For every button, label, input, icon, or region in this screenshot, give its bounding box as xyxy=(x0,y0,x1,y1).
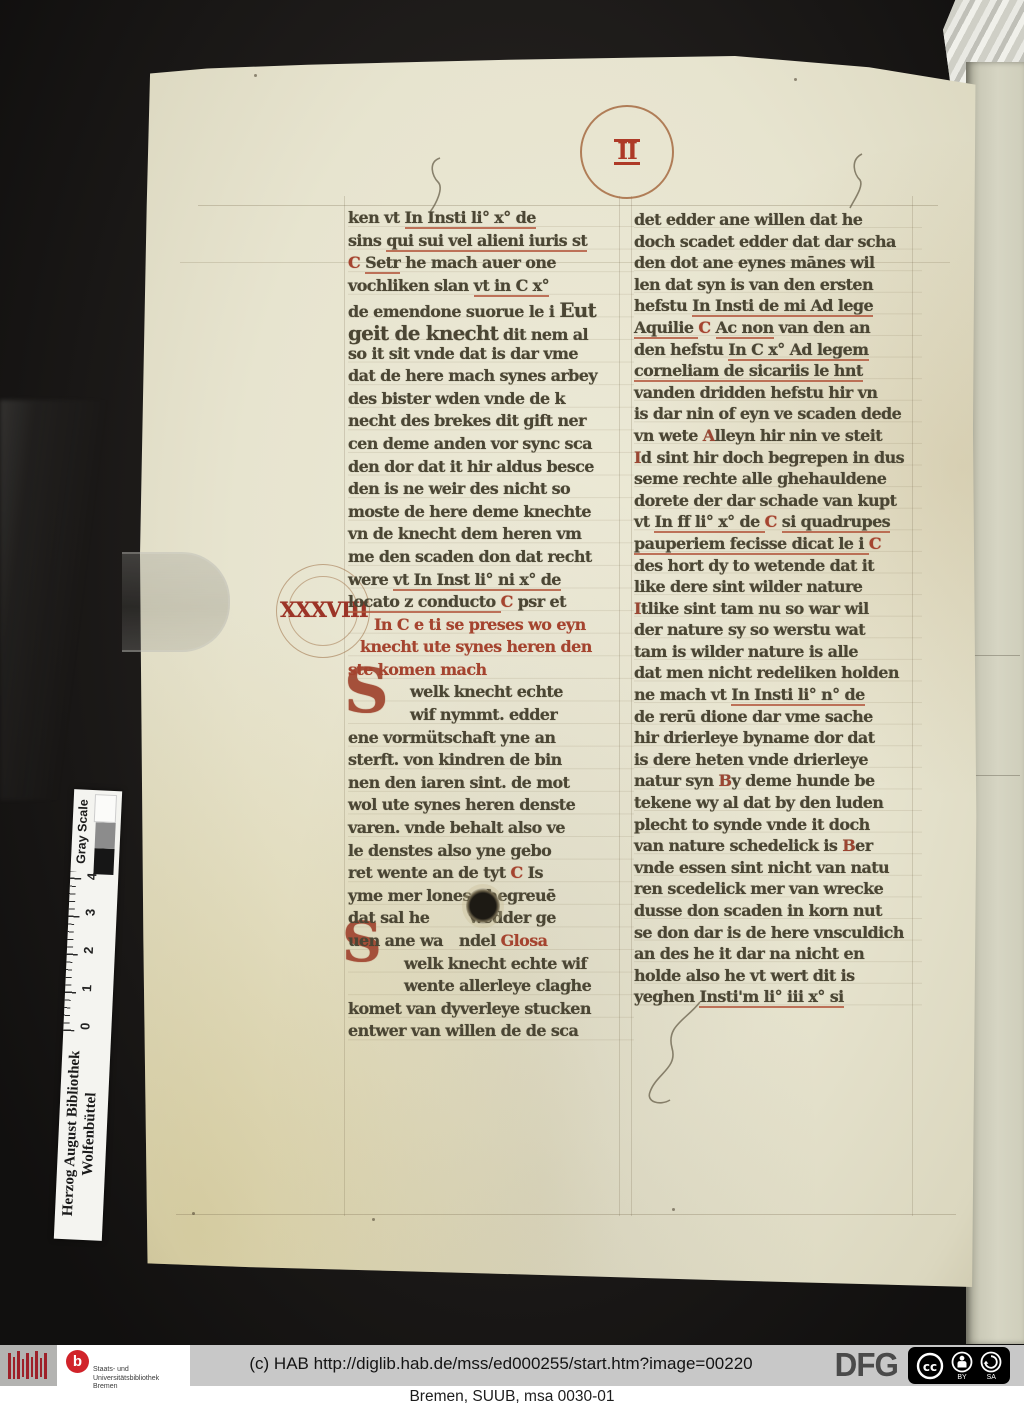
parchment-hole xyxy=(466,888,500,924)
manuscript-line: ste komen mach xyxy=(348,660,634,683)
bremen-line1: Staats- und xyxy=(93,1366,159,1375)
manuscript-line: den dot ane eynes mānes wil xyxy=(634,253,922,275)
gray-scale-patch-white xyxy=(94,794,117,823)
gray-scale-patch-black xyxy=(93,848,114,875)
manuscript-line: der nature sy so werstu wat xyxy=(634,620,922,642)
manuscript-line: were vt In Inst li° ni x° de xyxy=(348,570,634,593)
prick-mark xyxy=(192,1212,195,1215)
manuscript-line: me den scaden don dat recht xyxy=(348,547,634,570)
cc-license-badge: cc BY SA xyxy=(908,1347,1010,1384)
manuscript-line: ken vt In Insti li° x° de xyxy=(348,208,634,231)
by-icon: BY xyxy=(951,1351,973,1381)
manuscript-line: dat men nicht redeliken holden xyxy=(634,663,922,685)
manuscript-line: wol ute synes heren denste xyxy=(348,795,634,818)
ruler-number: 3 xyxy=(83,908,98,916)
manuscript-line: tam is wilder nature is alle xyxy=(634,642,922,664)
manuscript-line: komet van dyverleye stucken xyxy=(348,999,634,1022)
library-name-label: Herzog August Bibliothek Wolfenbüttel xyxy=(58,1031,107,1237)
fore-edge-crack xyxy=(970,655,1020,656)
manuscript-line: den is ne weir des nicht so xyxy=(348,479,634,502)
ruling-line xyxy=(198,205,938,206)
manuscript-line: van nature schedelick is Ber xyxy=(634,836,922,858)
manuscript-line: tekene wy al dat by den luden xyxy=(634,793,922,815)
manuscript-line: holde also he vt wert dit is xyxy=(634,966,922,988)
manuscript-line: de emendone suorue le i Eut xyxy=(348,298,634,321)
manuscript-line: wente allerleye claghe xyxy=(348,976,634,999)
manuscript-line: is dar nin of eyn ve scaden dede xyxy=(634,404,922,426)
pen-flourish-icon xyxy=(838,152,878,212)
bremen-b-icon: b xyxy=(66,1350,89,1373)
fore-edge-crack xyxy=(970,775,1020,776)
manuscript-page: II XXXVIII S S ken vt In Insti li° x° de… xyxy=(140,56,978,1302)
manuscript-line: le denstes also yne gebo xyxy=(348,841,634,864)
manuscript-line: Aquilie C Ac non van den an xyxy=(634,318,922,340)
manuscript-line: dusse don scaden in korn nut xyxy=(634,901,922,923)
manuscript-line: cen deme anden vor sync sca xyxy=(348,434,634,457)
cm-ruler: 0 1 2 3 4 xyxy=(63,871,118,1033)
manuscript-line: dat de here mach synes arbey xyxy=(348,366,634,389)
manuscript-line: nen den iaren sint. de mot xyxy=(348,773,634,796)
manuscript-line: plecht to synde vnde it doch xyxy=(634,815,922,837)
manuscript-line: natur syn By deme hunde be xyxy=(634,771,922,793)
manuscript-line: des bister wden vnde de k xyxy=(348,389,634,412)
manuscript-line: necht des brekes dit gift ner xyxy=(348,411,634,434)
pen-flourish-icon xyxy=(636,1000,716,1110)
manuscript-line: seme rechte alle ghehauldene xyxy=(634,469,922,491)
manuscript-line: C Setr he mach auer one xyxy=(348,253,634,276)
manuscript-line: yeghen Insti'm li° iii x° si xyxy=(634,987,922,1009)
manuscript-line: des hort dy to wetende dat it xyxy=(634,556,922,578)
manuscript-line: den hefstu In C x° Ad legem xyxy=(634,340,922,362)
manuscript-line: de rerū dione dar vme sache xyxy=(634,707,922,729)
striped-logo-icon xyxy=(0,1345,57,1386)
sa-label: SA xyxy=(987,1374,996,1381)
copyright-url-text: (c) HAB http://diglib.hab.de/mss/ed00025… xyxy=(190,1354,812,1374)
manuscript-line: is dere heten vnde drierleye xyxy=(634,750,922,772)
manuscript-line: like dere sint wilder nature xyxy=(634,577,922,599)
manuscript-line: welk knecht echte xyxy=(348,682,634,705)
prick-mark xyxy=(254,74,257,77)
manuscript-line: In C e ti se preses wo eyn xyxy=(348,615,634,638)
manuscript-line: len dat syn is van den ersten xyxy=(634,275,922,297)
cc-icon: cc xyxy=(916,1352,944,1380)
page-clamp xyxy=(122,552,230,652)
manuscript-line: den dor dat it hir aldus besce xyxy=(348,457,634,480)
svg-text:cc: cc xyxy=(923,1360,937,1374)
manuscript-line: vanden dridden hefstu hir vn xyxy=(634,383,922,405)
manuscript-line: dorete der dar schade van kupt xyxy=(634,491,922,513)
manuscript-line: entwer van willen de de sca xyxy=(348,1021,634,1044)
manuscript-line: hir drierleye byname dor dat xyxy=(634,728,922,750)
manuscript-line: wif nymmt. edder xyxy=(348,705,634,728)
manuscript-line: geit de knecht dit nem al xyxy=(348,321,634,344)
manuscript-line: vn wete Alleyn hir nin ve steit xyxy=(634,426,922,448)
folio-number-circle: II xyxy=(580,105,674,199)
manuscript-line: knecht ute synes heren den xyxy=(348,637,634,660)
gray-scale-label: Gray Scale xyxy=(73,789,91,874)
manuscript-line: vt In ff li° x° de C si quadrupes xyxy=(634,512,922,534)
manuscript-line: se don dar is de here vnsculdich xyxy=(634,923,922,945)
manuscript-line: ene vormütschaft yne an xyxy=(348,728,634,751)
ruler-number: 0 xyxy=(77,1022,92,1030)
reference-strip: Herzog August Bibliothek Wolfenbüttel 0 … xyxy=(54,789,122,1241)
sa-icon: SA xyxy=(980,1351,1002,1381)
footer-bar: b Staats- und Universitätsbibliothek Bre… xyxy=(0,1345,1024,1386)
prick-mark xyxy=(672,1208,675,1211)
manuscript-line: sterft. von kindren de bin xyxy=(348,750,634,773)
manuscript-line: corneliam de sicariis le hnt xyxy=(634,361,922,383)
prick-mark xyxy=(372,1218,375,1221)
prick-mark xyxy=(794,78,797,81)
text-column-right: det edder ane willen dat hedoch scadet e… xyxy=(634,210,922,1009)
manuscript-line: an des he it dar na nicht en xyxy=(634,944,922,966)
manuscript-line: uen ane wandel Glosa xyxy=(348,931,634,954)
manuscript-line: det edder ane willen dat he xyxy=(634,210,922,232)
manuscript-line: welk knecht echte wif xyxy=(348,954,634,977)
by-label: BY xyxy=(957,1374,966,1381)
gray-scale-patches: Gray Scale xyxy=(70,789,122,875)
manuscript-line: vn de knecht dem heren vm xyxy=(348,524,634,547)
ruling-line xyxy=(176,1214,956,1215)
manuscript-line: moste de here deme knechte xyxy=(348,502,634,525)
manuscript-line: Itlike sint tam nu so war wil xyxy=(634,599,922,621)
manuscript-line: sins qui sui vel alieni iuris st xyxy=(348,231,634,254)
ruler-number: 1 xyxy=(79,984,94,992)
manuscript-line: doch scadet edder dat dar scha xyxy=(634,232,922,254)
manuscript-line: so it sit vnde dat is dar vme xyxy=(348,344,634,367)
manuscript-line: vnde essen sint nicht van natu xyxy=(634,858,922,880)
bremen-line2: Universitätsbibliothek xyxy=(93,1375,159,1384)
shelfmark-caption: Bremen, SUUB, msa 0030-01 xyxy=(0,1388,1024,1406)
manuscript-line: hefstu In Insti de mi Ad lege xyxy=(634,296,922,318)
manuscript-line: pauperiem fecisse dicat le i C xyxy=(634,534,922,556)
pen-flourish-icon xyxy=(418,156,458,216)
gray-scale-patch-gray xyxy=(95,822,116,849)
striped-barcode-logo xyxy=(0,1345,57,1386)
ruler-number: 2 xyxy=(81,946,96,954)
folio-number: II xyxy=(614,139,640,165)
manuscript-line: vochliken slan vt in C x° xyxy=(348,276,634,299)
manuscript-line: ren scedelick mer van wrecke xyxy=(634,879,922,901)
footer: b Staats- und Universitätsbibliothek Bre… xyxy=(0,1345,1024,1409)
manuscript-line: varen. vnde behalt also ve xyxy=(348,818,634,841)
manuscript-line: ne mach vt In Insti li° n° de xyxy=(634,685,922,707)
dfg-logo: DFG xyxy=(835,1346,898,1384)
manuscript-line: Id sint hir doch begrepen in dus xyxy=(634,448,922,470)
manuscript-line: ret wente an de tyt C Is xyxy=(348,863,634,886)
manuscript-line: locato z conducto C psr et xyxy=(348,592,634,615)
